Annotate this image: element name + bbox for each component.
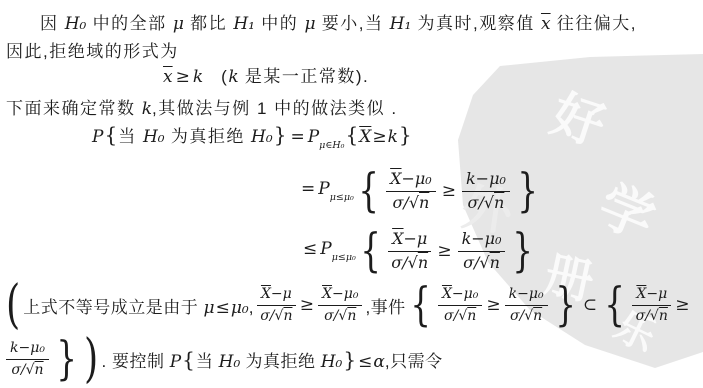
math-mu: μ xyxy=(304,14,315,34)
denominator: σ/√n xyxy=(510,306,542,325)
math-k: k xyxy=(228,67,238,87)
math-P: P xyxy=(320,239,331,259)
geq-operator: ≥ xyxy=(486,295,500,315)
numerator: X−μ xyxy=(257,285,296,305)
remark-text: 上式不等号成立是由于 μ≤μ₀, xyxy=(23,293,254,318)
formula-probability: P{当 H₀ 为真拒绝 H₀}=Pμ∈H₀{X≥k} xyxy=(92,122,413,151)
fraction-xbar-mu: X−μσ/√n xyxy=(257,285,296,324)
numerator: X−μ xyxy=(632,285,671,305)
numerator: k−μ₀ xyxy=(462,169,510,192)
fraction-k-mu0: k−μ₀σ/√n xyxy=(505,285,548,324)
denominator: σ/√n xyxy=(11,360,43,379)
textbook-page: 好 学 册 外 乐 因 H₀ 中的全部 μ 都比 H₁ 中的 μ 要小,当 H₁… xyxy=(0,0,703,388)
denominator: σ/√n xyxy=(324,306,356,325)
paragraph-line-1: 因 H₀ 中的全部 μ 都比 H₁ 中的 μ 要小,当 H₁ 为真时,观察值 x… xyxy=(40,9,637,34)
math-H0: H₀ xyxy=(65,14,87,34)
numerator: k−μ₀ xyxy=(6,339,49,359)
equals-operator: = xyxy=(301,179,315,199)
cn-text: 往往偏大, xyxy=(551,14,637,33)
cn-text: 都比 xyxy=(184,14,233,33)
math-H0: H₀ xyxy=(251,127,273,147)
denominator: σ/√n xyxy=(393,192,430,214)
paragraph-line-3: 下面来确定常数 k,其做法与例 1 中的做法类似 . xyxy=(6,94,398,119)
math-H1: H₁ xyxy=(233,14,255,34)
left-brace: { xyxy=(360,230,380,271)
subscript-mu-in-H0: μ∈H₀ xyxy=(319,140,344,151)
left-paren: ( xyxy=(6,282,20,329)
right-brace: } xyxy=(555,284,575,325)
geq-operator: ≥ xyxy=(372,127,386,147)
geq-operator: ≥ xyxy=(675,295,689,315)
cn-text: 因 xyxy=(40,14,65,33)
subscript-mu-le-mu0: μ≤μ₀ xyxy=(330,192,354,203)
fraction-xbar-mu: X−μσ/√n xyxy=(388,229,431,274)
leq-operator: ≤ xyxy=(303,239,317,259)
fraction-xbar-mu0: X−μ₀σ/√n xyxy=(438,285,482,324)
fraction-xbar-mu: X−μσ/√n xyxy=(632,285,671,324)
equals-operator: = xyxy=(290,127,304,147)
p-with-subscript: ≤Pμ≤μ₀ xyxy=(300,239,356,263)
cn-text: 下面来确定常数 xyxy=(6,99,142,118)
geq-operator: ≥ xyxy=(437,241,451,261)
left-brace: { xyxy=(410,284,430,325)
denominator: σ/√n xyxy=(391,252,428,274)
right-paren: ) xyxy=(84,336,98,383)
subscript-mu-le-mu0: μ≤μ₀ xyxy=(332,252,356,263)
cn-text: 中的 xyxy=(255,14,304,33)
cn-text: 为真时,观察值 xyxy=(411,14,541,33)
cn-text: 要小,当 xyxy=(316,14,390,33)
right-brace: } xyxy=(517,170,537,211)
denominator: σ/√n xyxy=(260,306,292,325)
math-Xbar: X xyxy=(359,127,371,147)
fraction-xbar-mu0: X−μ₀σ/√n xyxy=(318,285,362,324)
right-brace: } xyxy=(513,230,533,271)
remark-line-2: k−μ₀σ/√n } ) . 要控制 P{当 H₀ 为真拒绝 H₀}≤α,只需令 xyxy=(3,332,443,386)
denominator: σ/√n xyxy=(444,306,476,325)
paragraph-line-2: 因此,拒绝域的形式为 xyxy=(6,37,179,62)
math-xbar: x xyxy=(541,14,551,34)
math-P: P xyxy=(318,179,329,199)
math-mu: μ xyxy=(173,14,184,34)
formula-step-2: =Pμ≤μ₀ { X−μ₀σ/√n ≥ k−μ₀σ/√n } xyxy=(298,162,542,220)
formula-rejection-region: x≥k(k 是某一正常数). xyxy=(163,62,369,87)
cn-text: 当 xyxy=(118,127,143,146)
left-brace: { xyxy=(104,123,117,147)
right-brace: } xyxy=(56,338,76,379)
remark-line-1: ( 上式不等号成立是由于 μ≤μ₀, X−μσ/√n ≥ X−μ₀σ/√n ,事… xyxy=(3,278,690,332)
cn-text: 中的全部 xyxy=(86,14,172,33)
math-k: k xyxy=(388,127,398,147)
cn-text: 为真拒绝 xyxy=(165,127,251,146)
math-xbar: x xyxy=(163,67,173,87)
math-H0: H₀ xyxy=(143,127,165,147)
formula-step-3: ≤Pμ≤μ₀ { X−μσ/√n ≥ k−μ₀σ/√n } xyxy=(300,222,538,280)
cn-text: 因此,拒绝域的形式为 xyxy=(6,42,179,61)
numerator: X−μ₀ xyxy=(438,285,482,305)
math-P: P xyxy=(308,127,319,147)
fraction-k-mu0: k−μ₀σ/√n xyxy=(6,339,49,378)
subset-operator: ⊂ xyxy=(583,295,597,315)
left-brace: { xyxy=(358,170,378,211)
math-k: k xyxy=(142,99,152,119)
geq-operator: ≥ xyxy=(300,295,314,315)
right-brace: } xyxy=(399,123,412,147)
denominator: σ/√n xyxy=(468,192,505,214)
numerator: X−μ xyxy=(388,229,431,252)
left-brace: { xyxy=(604,284,624,325)
numerator: k−μ₀ xyxy=(505,285,548,305)
p-with-subscript: =Pμ≤μ₀ xyxy=(298,179,354,203)
math-k: k xyxy=(193,67,203,87)
cn-text: 是某一正常数). xyxy=(239,67,370,86)
geq-operator: ≥ xyxy=(442,181,456,201)
geq-operator: ≥ xyxy=(176,67,190,87)
cn-text: ,事件 xyxy=(365,293,405,318)
right-brace: } xyxy=(274,123,287,147)
left-brace: { xyxy=(345,123,358,147)
math-H1: H₁ xyxy=(390,14,412,34)
numerator: X−μ₀ xyxy=(386,169,436,192)
denominator: σ/√n xyxy=(636,306,668,325)
numerator: k−μ₀ xyxy=(458,229,506,252)
remark-text: . 要控制 P{当 H₀ 为真拒绝 H₀}≤α,只需令 xyxy=(102,347,443,372)
fraction-k-mu0: k−μ₀σ/√n xyxy=(458,229,506,274)
cn-text: ,其做法与例 1 中的做法类似 . xyxy=(152,99,398,118)
numerator: X−μ₀ xyxy=(318,285,362,305)
fraction-xbar-mu0: X−μ₀σ/√n xyxy=(386,169,436,214)
denominator: σ/√n xyxy=(463,252,500,274)
fraction-k-mu0: k−μ₀σ/√n xyxy=(462,169,510,214)
math-P: P xyxy=(92,127,103,147)
